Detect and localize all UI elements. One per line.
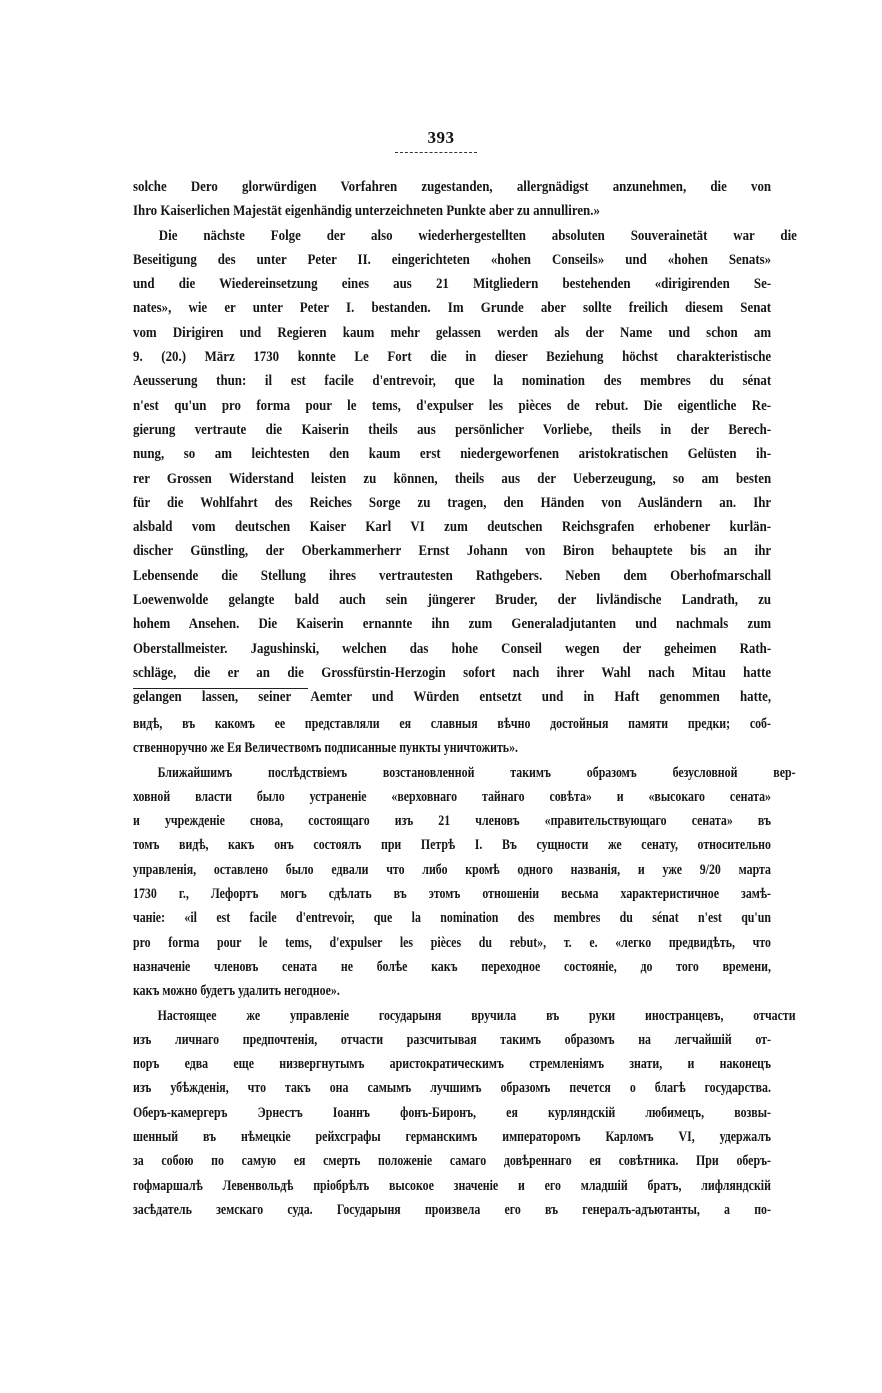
footnote-line: pro forma pour le tems, d'expulser les p… [133, 931, 771, 955]
footnote-line: за собою по самую ея смерть положеніе са… [133, 1149, 771, 1173]
page-number-rule [395, 152, 477, 153]
footnote-line: Оберъ-камергеръ Эрнестъ Іоаннъ фонъ-Биро… [133, 1101, 771, 1125]
text-line: n'est qu'un pro forma pour le tems, d'ex… [133, 394, 771, 418]
footnote-line: Ближайшимъ послѣдствіемъ возстановленной… [133, 761, 796, 785]
text-line: und die Wiedereinsetzung eines aus 21 Mi… [133, 272, 771, 296]
footnote-text-russian: видѣ, въ какомъ ее представляли ея славн… [133, 712, 771, 1222]
footnote-divider [133, 688, 308, 689]
text-line: Beseitigung des unter Peter II. eingeric… [133, 248, 771, 272]
footnote-line: засѣдатель земскаго суда. Государыня про… [133, 1198, 771, 1222]
book-page: 393 solche Dero glorwürdigen Vorfahren z… [0, 0, 882, 1393]
footnote-line: гофмаршалѣ Левенвольдѣ пріобрѣлъ высокое… [133, 1174, 771, 1198]
text-line: alsbald vom deutschen Kaiser Karl VI zum… [133, 515, 771, 539]
text-line: Die nächste Folge der also wiederhergest… [133, 224, 797, 248]
footnote-line: назначеніе членовъ сената не болѣе какъ … [133, 955, 771, 979]
footnote-line: ховной власти было устраненіе «верховнаг… [133, 785, 771, 809]
footnote-line: управленія, оставлено было едвали что ли… [133, 858, 771, 882]
main-text-german: solche Dero glorwürdigen Vorfahren zuges… [133, 175, 771, 710]
text-line: nung, so am leichtesten den kaum erst ni… [133, 442, 771, 466]
text-line: Lebensende die Stellung ihres vertrautes… [133, 564, 771, 588]
text-line: Ihro Kaiserlichen Majestät eigenhändig u… [133, 199, 771, 223]
footnote-line: шенный въ нѣмецкіе рейхсграфы германским… [133, 1125, 771, 1149]
footnote-line: изъ убѣжденія, что такъ она самымъ лучши… [133, 1076, 771, 1100]
text-line: für die Wohlfahrt des Reiches Sorge zu t… [133, 491, 771, 515]
text-line: Loewenwolde gelangte bald auch sein jüng… [133, 588, 771, 612]
text-line: discher Günstling, der Oberkammerherr Er… [133, 539, 771, 563]
footnote-line: и учрежденіе снова, состоящаго изъ 21 чл… [133, 809, 771, 833]
footnote-line: какъ можно будетъ удалить негодное». [133, 979, 771, 1003]
text-line: hohem Ansehen. Die Kaiserin ernannte ihn… [133, 612, 771, 636]
footnote-line: Настоящее же управленіе государыня вручи… [133, 1004, 796, 1028]
text-line: Oberstallmeister. Jagushinski, welchen d… [133, 637, 771, 661]
text-line: schläge, die er an die Grossfürstin-Herz… [133, 661, 771, 685]
text-line: rer Grossen Widerstand leisten zu können… [133, 467, 771, 491]
footnote-line: ственноручно же Ея Величествомъ подписан… [133, 736, 771, 760]
footnote-line: изъ личнаго предпочтенія, отчасти разсчи… [133, 1028, 771, 1052]
text-line: 9. (20.) März 1730 konnte Le Fort die in… [133, 345, 771, 369]
footnote-line: видѣ, въ какомъ ее представляли ея славн… [133, 712, 771, 736]
footnote-line: чаніе: «il est facile d'entrevoir, que l… [133, 906, 771, 930]
footnote-line: поръ едва еще низвергнутымъ аристократич… [133, 1052, 771, 1076]
footnote-line: 1730 г., Лефортъ могъ сдѣлать въ этомъ о… [133, 882, 771, 906]
text-line: gierung vertraute die Kaiserin theils au… [133, 418, 771, 442]
text-line: vom Dirigiren und Regieren kaum mehr gel… [133, 321, 771, 345]
footnote-line: томъ видѣ, какъ онъ состоялъ при Петрѣ I… [133, 833, 771, 857]
text-line: solche Dero glorwürdigen Vorfahren zuges… [133, 175, 771, 199]
text-line: Aeusserung thun: il est facile d'entrevo… [133, 369, 771, 393]
page-number: 393 [0, 128, 882, 148]
text-line: nates», wie er unter Peter I. bestanden.… [133, 296, 771, 320]
